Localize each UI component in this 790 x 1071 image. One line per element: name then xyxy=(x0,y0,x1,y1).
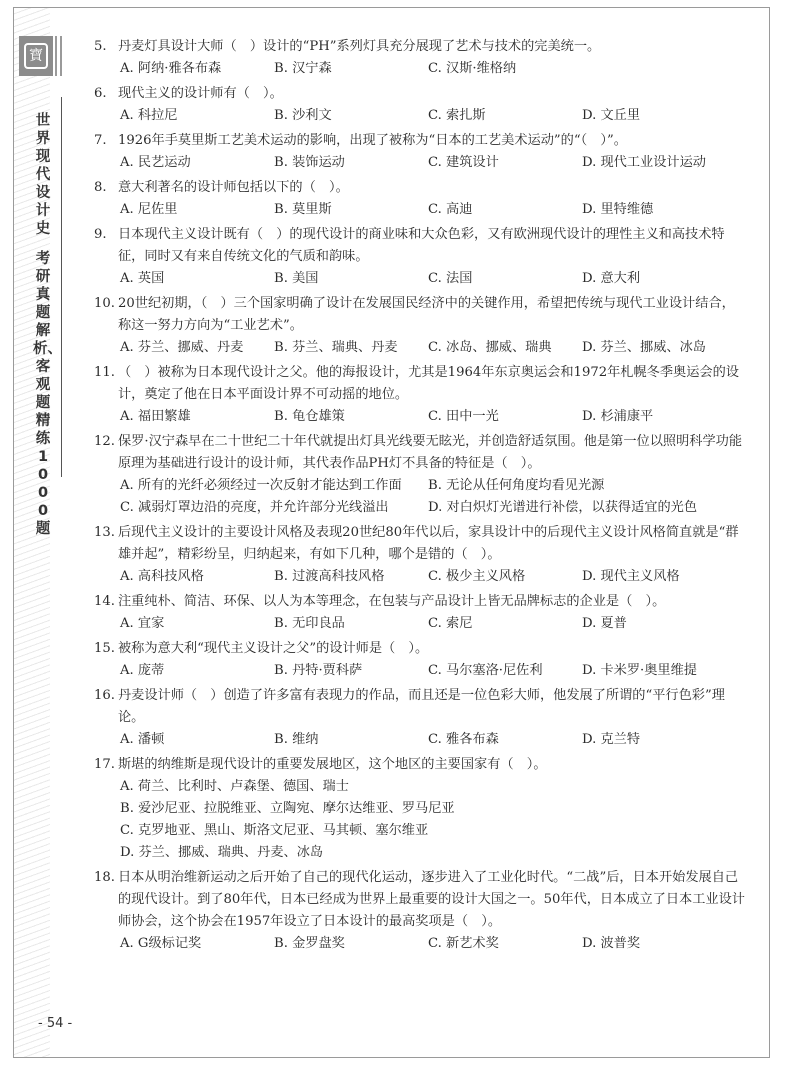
publisher-logo: 寶 xyxy=(19,36,53,76)
option-d: D. 里特维德 xyxy=(582,199,736,221)
option-b: B. 维纳 xyxy=(274,729,428,751)
logo-icon: 寶 xyxy=(24,43,48,69)
option-a: A. 民艺运动 xyxy=(120,152,274,174)
option-c: C. 极少主义风格 xyxy=(428,566,582,588)
option-a: A. 尼佐里 xyxy=(120,199,274,221)
question-number: 12. xyxy=(94,431,118,453)
question-stem: 斯堪的纳维斯是现代设计的重要发展地区，这个地区的主要国家有（ ）。 xyxy=(118,757,547,772)
question-16: 16.丹麦设计师（ ）创造了许多富有表现力的作品，而且还是一位色彩大师，他发展了… xyxy=(94,685,746,751)
option-a: A. 高科技风格 xyxy=(120,566,274,588)
question-stem: 后现代主义设计的主要设计风格及表现20世纪80年代以后，家具设计中的后现代主义设… xyxy=(118,525,739,562)
option-b: B. 金罗盘奖 xyxy=(274,933,428,955)
option-c: C. 汉斯·维格纳 xyxy=(428,58,582,80)
option-c: C. 田中一光 xyxy=(428,406,582,428)
question-number: 18. xyxy=(94,867,118,889)
question-number: 14. xyxy=(94,591,118,613)
question-stem: 20世纪初期，（ ）三个国家明确了设计在发展国民经济中的关键作用，希望把传统与现… xyxy=(118,296,735,333)
option-a: A. 庞蒂 xyxy=(120,660,274,682)
question-number: 9. xyxy=(94,224,118,246)
option-c: C. 法国 xyxy=(428,268,582,290)
option-c: C. 马尔塞洛·尼佐利 xyxy=(428,660,582,682)
question-12: 12.保罗·汉宁森早在二十世纪二十年代就提出灯具光线要无眩光，并创造舒适氛围。他… xyxy=(94,431,746,519)
option-b: B. 过渡高科技风格 xyxy=(274,566,428,588)
question-list: 5.丹麦灯具设计大师（ ）设计的“PH”系列灯具充分展现了艺术与技术的完美统一。… xyxy=(94,36,746,958)
option-b: B. 芬兰、瑞典、丹麦 xyxy=(274,337,428,359)
option-a: A. 英国 xyxy=(120,268,274,290)
logo-decorative-bars xyxy=(55,36,63,76)
option-b: B. 美国 xyxy=(274,268,428,290)
question-7: 7.1926年手莫里斯工艺美术运动的影响，出现了被称为“日本的工艺美术运动”的“… xyxy=(94,130,746,174)
option-d: D. 波普奖 xyxy=(582,933,736,955)
option-d: D. 文丘里 xyxy=(582,105,736,127)
option-c: C. 雅各布森 xyxy=(428,729,582,751)
option-d: D. 意大利 xyxy=(582,268,736,290)
question-18: 18.日本从明治维新运动之后开始了自己的现代化运动，逐步进入了工业化时代。“二战… xyxy=(94,867,746,955)
option-a: A. 芬兰、挪威、丹麦 xyxy=(120,337,274,359)
question-number: 13. xyxy=(94,522,118,544)
option-d: D. 杉浦康平 xyxy=(582,406,736,428)
option-a: A. 科拉尼 xyxy=(120,105,274,127)
question-number: 15. xyxy=(94,638,118,660)
question-number: 10. xyxy=(94,293,118,315)
sidebar-divider xyxy=(61,97,62,477)
option-b: B. 爱沙尼亚、拉脱维亚、立陶宛、摩尔达维亚、罗马尼亚 xyxy=(120,798,746,820)
option-d: D. 现代主义风格 xyxy=(582,566,736,588)
option-c: C. 克罗地亚、黑山、斯洛文尼亚、马其顿、塞尔维亚 xyxy=(120,820,746,842)
option-d: D. 夏普 xyxy=(582,613,736,635)
question-10: 10.20世纪初期，（ ）三个国家明确了设计在发展国民经济中的关键作用，希望把传… xyxy=(94,293,746,359)
option-b: B. 无印良品 xyxy=(274,613,428,635)
question-number: 16. xyxy=(94,685,118,707)
option-d: D. 对白炽灯光谱进行补偿，以获得适宜的光色 xyxy=(428,497,736,519)
question-number: 7. xyxy=(94,130,118,152)
question-stem: 日本从明治维新运动之后开始了自己的现代化运动，逐步进入了工业化时代。“二战”后，… xyxy=(118,870,745,929)
option-d: D. 克兰特 xyxy=(582,729,736,751)
question-stem: 被称为意大利“现代主义设计之父”的设计师是（ ）。 xyxy=(118,641,428,656)
option-a: A. 宜家 xyxy=(120,613,274,635)
option-a: A. 阿纳·雅各布森 xyxy=(120,58,274,80)
question-number: 5. xyxy=(94,36,118,58)
question-stem: 保罗·汉宁森早在二十世纪二十年代就提出灯具光线要无眩光，并创造舒适氛围。他是第一… xyxy=(118,434,742,471)
book-title-vertical: 世界现代设计史 考研真题解析、客观题精练1000题 xyxy=(33,112,53,538)
option-b: B. 汉宁森 xyxy=(274,58,428,80)
option-b: B. 沙利文 xyxy=(274,105,428,127)
question-13: 13.后现代主义设计的主要设计风格及表现20世纪80年代以后，家具设计中的后现代… xyxy=(94,522,746,588)
option-b: B. 装饰运动 xyxy=(274,152,428,174)
option-b: B. 莫里斯 xyxy=(274,199,428,221)
option-d: D. 现代工业设计运动 xyxy=(582,152,736,174)
question-number: 11. xyxy=(94,362,118,384)
page-number: - 54 - xyxy=(38,1016,72,1031)
option-b: B. 龟仓雄策 xyxy=(274,406,428,428)
question-stem: 注重纯朴、简洁、环保、以人为本等理念，在包装与产品设计上皆无品牌标志的企业是（ … xyxy=(118,594,665,609)
question-stem: 日本现代主义设计既有（ ）的现代设计的商业味和大众色彩，又有欧洲现代设计的理性主… xyxy=(118,227,725,264)
question-11: 11.（ ）被称为日本现代设计之父。他的海报设计，尤其是1964年东京奥运会和1… xyxy=(94,362,746,428)
question-stem: （ ）被称为日本现代设计之父。他的海报设计，尤其是1964年东京奥运会和1972… xyxy=(118,365,739,402)
question-14: 14.注重纯朴、简洁、环保、以人为本等理念，在包装与产品设计上皆无品牌标志的企业… xyxy=(94,591,746,635)
option-c: C. 高迪 xyxy=(428,199,582,221)
question-5: 5.丹麦灯具设计大师（ ）设计的“PH”系列灯具充分展现了艺术与技术的完美统一。… xyxy=(94,36,746,80)
option-c: C. 索扎斯 xyxy=(428,105,582,127)
option-c: C. 建筑设计 xyxy=(428,152,582,174)
option-c: C. 减弱灯罩边沿的亮度，并允许部分光线溢出 xyxy=(120,497,428,519)
option-d: D. 芬兰、挪威、瑞典、丹麦、冰岛 xyxy=(120,842,746,864)
question-8: 8.意大利著名的设计师包括以下的（ ）。 A. 尼佐里 B. 莫里斯 C. 高迪… xyxy=(94,177,746,221)
question-stem: 丹麦设计师（ ）创造了许多富有表现力的作品，而且还是一位色彩大师，他发展了所谓的… xyxy=(118,688,725,725)
question-6: 6.现代主义的设计师有（ ）。 A. 科拉尼 B. 沙利文 C. 索扎斯 D. … xyxy=(94,83,746,127)
option-b: B. 无论从任何角度均看见光源 xyxy=(428,475,736,497)
question-9: 9.日本现代主义设计既有（ ）的现代设计的商业味和大众色彩，又有欧洲现代设计的理… xyxy=(94,224,746,290)
option-a: A. G级标记奖 xyxy=(120,933,274,955)
question-17: 17.斯堪的纳维斯是现代设计的重要发展地区，这个地区的主要国家有（ ）。 A. … xyxy=(94,754,746,864)
question-stem: 意大利著名的设计师包括以下的（ ）。 xyxy=(118,180,349,195)
option-a: A. 潘顿 xyxy=(120,729,274,751)
question-number: 17. xyxy=(94,754,118,776)
option-c: C. 冰岛、挪威、瑞典 xyxy=(428,337,582,359)
option-c: C. 索尼 xyxy=(428,613,582,635)
question-number: 6. xyxy=(94,83,118,105)
question-stem: 现代主义的设计师有（ ）。 xyxy=(118,86,283,101)
question-number: 8. xyxy=(94,177,118,199)
option-d: D. 芬兰、挪威、冰岛 xyxy=(582,337,736,359)
question-15: 15.被称为意大利“现代主义设计之父”的设计师是（ ）。 A. 庞蒂 B. 丹特… xyxy=(94,638,746,682)
option-a: A. 福田繁雄 xyxy=(120,406,274,428)
question-stem: 1926年手莫里斯工艺美术运动的影响，出现了被称为“日本的工艺美术运动”的“（ … xyxy=(118,133,627,148)
book-title-main: 世界现代设计史 xyxy=(36,113,51,237)
option-d: D. 卡米罗·奥里维提 xyxy=(582,660,736,682)
option-b: B. 丹特·贾科萨 xyxy=(274,660,428,682)
option-a: A. 所有的光纤必须经过一次反射才能达到工作面 xyxy=(120,475,428,497)
option-a: A. 荷兰、比利时、卢森堡、德国、瑞士 xyxy=(120,776,746,798)
question-stem: 丹麦灯具设计大师（ ）设计的“PH”系列灯具充分展现了艺术与技术的完美统一。 xyxy=(118,39,600,54)
option-c: C. 新艺术奖 xyxy=(428,933,582,955)
